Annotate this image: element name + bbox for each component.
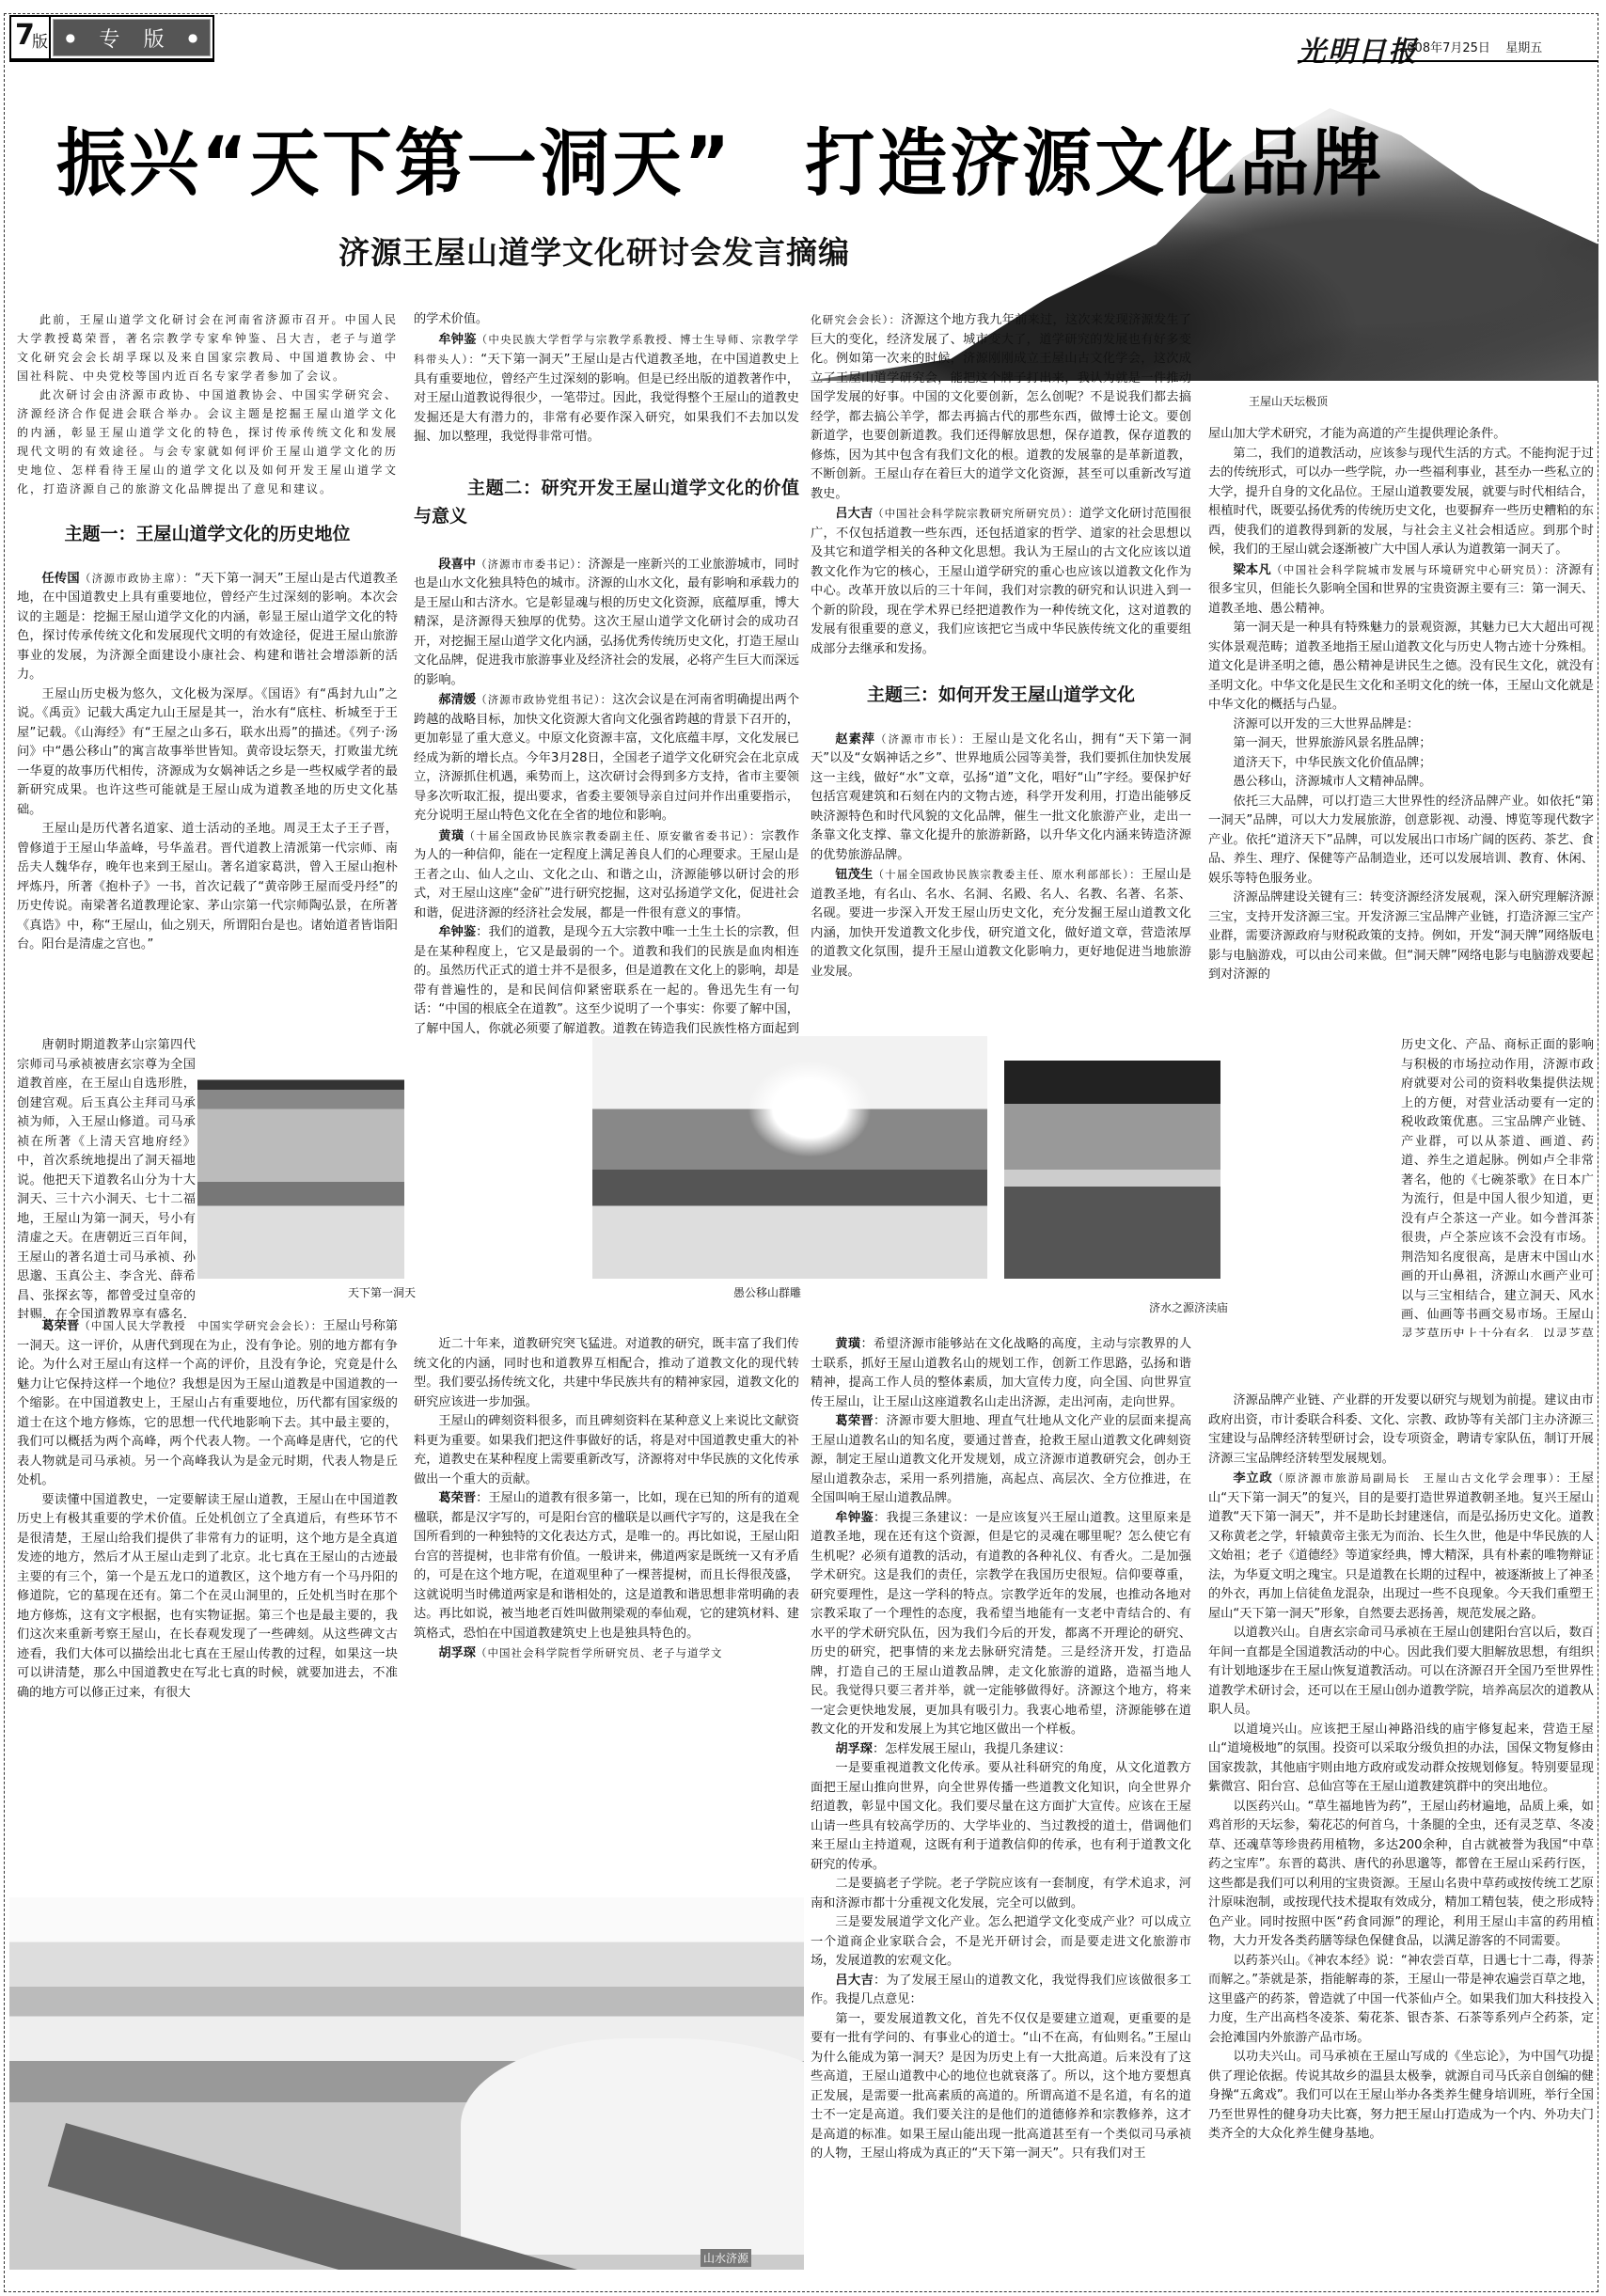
paragraph: 钮茂生（十届全国政协民族宗教委主任、原水利部部长）：王屋山是道教圣地，有名山、名… — [811, 865, 1191, 982]
paragraph: 以药茶兴山。《神农本经》说：“神农尝百草，日遇七十二毒，得荼而解之。”荼就是茶，… — [1208, 1952, 1594, 2049]
paragraph-continued: 历史文化、产品、商标正面的影响与积极的市场拉动作用，济源市政府就要对公司的资料收… — [1401, 1036, 1594, 1337]
speaker-name: 吕大吉 — [835, 507, 873, 521]
paragraph: 一是要重视道教文化传承。要从社科研究的角度，从文化道教方面把王屋山推向世界，向全… — [811, 1759, 1191, 1875]
page-suffix: 版 — [32, 28, 48, 52]
section-banner: ● 专 版 ● — [49, 15, 214, 62]
paragraph: 梁本凡（中国社会科学院城市发展与环境研究中心研究员）：济源有很多宝贝，但能长久影… — [1208, 560, 1594, 620]
paragraph: 以医药兴山。“草生福地皆为药”，王屋山药材遍地，品质上乘，如鸡首形的天坛参，菊花… — [1208, 1798, 1594, 1952]
paragraph: 道济天下，中华民族文化价值品牌； — [1208, 754, 1594, 774]
speaker-role: （济源市政协主席）： — [80, 572, 195, 585]
paragraph: 牟钟鉴（中央民族大学哲学与宗教学系教授、博士生导师、宗教学学科带头人）：“天下第… — [414, 330, 799, 448]
paragraph: 任传国（济源市政协主席）：“天下第一洞天”王屋山是古代道教圣地，在中国道教史上具… — [17, 569, 398, 685]
speaker-role: （十届全国政协民族宗教委副主任、原安徽省委书记）： — [464, 829, 762, 842]
photo-first-grotto-gate — [197, 1036, 404, 1279]
dateline: 2008年7月25日 星期五 — [1399, 38, 1542, 55]
paragraph: 赵素萍（济源市市长）：王屋山是文化名山，拥有“天下第一洞天”以及“女娲神话之乡”… — [811, 730, 1191, 866]
paragraph: 李立政（原济源市旅游局副局长 王屋山古文化学会理事）：王屋山“天下第一洞天”的复… — [1208, 1469, 1594, 1624]
paragraph: 吕大吉：为了发展王屋山的道教文化，我觉得我们应该做很多工作。我提几点意见： — [811, 1972, 1191, 2010]
article-column-2: 的学术价值。 牟钟鉴（中央民族大学哲学与宗教学系教授、博士生导师、宗教学学科带头… — [414, 310, 799, 1034]
speaker-name: 吕大吉 — [835, 1974, 874, 1988]
article-column-1-wrap: 唐朝时期道教茅山宗第四代宗师司马承祯被唐玄宗尊为全国道教首座，在王屋山自选形胜，… — [17, 1036, 196, 1318]
paragraph: 第一，要发展道教文化，首先不仅仅是要建立道观，更重要的是要有一批有学问的、有事业… — [811, 2010, 1191, 2164]
masthead-rule — [1298, 60, 1598, 62]
photo-jidu-temple — [1004, 1036, 1220, 1279]
theme-heading-one: 主题一：王屋山道学文化的历史地位 — [17, 525, 398, 544]
paragraph-continued: 化研究会会长）：济源这个地方我九年前来过，这次来发现济源发生了巨大的变化，经济发… — [811, 310, 1191, 504]
section-label-2: 版 — [144, 24, 165, 53]
paragraph: 牟钟鉴：我们的道教，是现今五大宗教中唯一土生土长的宗教，但是在某种程度上，它又是… — [414, 923, 799, 1034]
issue-date: 2008年7月25日 — [1399, 41, 1490, 55]
lead-paragraph: 此前，王屋山道学文化研讨会在河南省济源市召开。中国人民大学教授葛荣晋，著名宗教学… — [17, 310, 398, 385]
speaker-name: 黄璜 — [835, 1337, 860, 1351]
article-column-4-wrap: 历史文化、产品、商标正面的影响与积极的市场拉动作用，济源市政府就要对公司的资料收… — [1401, 1036, 1594, 1337]
speaker-role: （济源市政协党组书记）： — [476, 693, 612, 706]
speaker-name: 牟钟鉴 — [835, 1511, 874, 1525]
bullet-icon: ● — [66, 31, 75, 44]
paragraph: 葛荣晋：济源市要大胆地、理直气壮地从文化产业的层面来提高王屋山道教名山的知名度，… — [811, 1412, 1191, 1509]
article-column-4: 屋山加大学术研究，才能为高道的产生提供理论条件。 第二，我们的道教活动，应该参与… — [1208, 425, 1594, 1034]
lead-paragraph: 此次研讨会由济源市政协、中国道教协会、中国实学研究会、济源经济合作促进会联合举办… — [17, 385, 398, 498]
caption-gate: 天下第一洞天 — [348, 1284, 416, 1300]
article-column-1-lower: 唐朝时期道教茅山宗第四代宗师司马承祯被唐玄宗尊为全国道教首座，在王屋山自选形胜，… — [17, 1316, 398, 1880]
article-column-1: 此前，王屋山道学文化研讨会在河南省济源市召开。中国人民大学教授葛荣晋，著名宗教学… — [17, 310, 398, 955]
speaker-name: 葛荣晋 — [41, 1319, 79, 1333]
paragraph: 济源品牌建设关键有三：转变济源经济发展观，深入研究理解济源三宝，支持开发济源三宝… — [1208, 889, 1594, 985]
paragraph: 依托三大品牌，可以打造三大世界性的经济品牌产业。如依托“第一洞天”品牌，可以大力… — [1208, 793, 1594, 889]
paragraph: 三是要发展道学文化产业。怎么把道学文化变成产业？可以成立一个道商企业家联合会，不… — [811, 1913, 1191, 1972]
paragraph: 胡孚琛（中国社会科学院哲学所研究员、老子与道学文 — [414, 1643, 799, 1664]
article-column-2-lower: 近二十年来，道教研究突飞猛进。对道教的研究，既丰富了我们传统文化的内涵，同时也和… — [414, 1335, 799, 1890]
speaker-name: 钮茂生 — [835, 868, 873, 882]
speaker-name: 梁本凡 — [1233, 563, 1271, 577]
speaker-name: 郝清媛 — [438, 693, 476, 707]
paragraph: 以道教兴山。自唐玄宗命司马承祯在王屋山创建阳台宫以后，数百年间一直都是全国道教活… — [1208, 1624, 1594, 1721]
speaker-name: 葛荣晋 — [835, 1414, 874, 1428]
paragraph: 唐朝时期道教茅山宗第四代宗师司马承祯被唐玄宗尊为全国道教首座，在王屋山自选形胜，… — [17, 1036, 196, 1318]
speaker-role: （原济源市旅游局副局长 王屋山古文化学会理事）： — [1272, 1471, 1567, 1485]
caption-pavilion: 济水之源济渎庙 — [1149, 1299, 1228, 1315]
photo-yugong-statues — [592, 1036, 987, 1279]
article-column-3-lower: 黄璜：希望济源市能够站在文化战略的高度，主动与宗教界的人士联系，抓好王屋山道教名… — [811, 1335, 1191, 2275]
speaker-role: （中国社会科学院宗教研究所研究员）： — [873, 507, 1079, 520]
speaker-name: 胡孚琛 — [835, 1742, 873, 1756]
theme-heading-two: 主题二：研究开发王屋山道学文化的价值与意义 — [414, 474, 799, 530]
paragraph: 胡孚琛：怎样发展王屋山，我提几条建议： — [811, 1740, 1191, 1760]
section-label-1: 专 — [99, 24, 119, 53]
paragraph: 济源可以开发的三大世界品牌是： — [1208, 716, 1594, 735]
paragraph: 王屋山历史极为悠久，文化极为深厚。《国语》有“禹封九山”之说。《禹贡》记载大禹定… — [17, 685, 398, 821]
section-label: ● 专 版 ● — [53, 19, 211, 56]
paragraph: 王屋山是历代著名道家、道士活动的圣地。周灵王太子王子晋，曾修道于王屋山华盖峰，号… — [17, 820, 398, 955]
paragraph: 黄璜：希望济源市能够站在文化战略的高度，主动与宗教界的人士联系，抓好王屋山道教名… — [811, 1335, 1191, 1412]
paragraph: 第二，我们的道教活动，应该参与现代生活的方式。不能拘泥于过去的传统形式，可以办一… — [1208, 445, 1594, 560]
paragraph: 济源品牌产业链、产业群的开发要以研究与规划为前提。建议由市政府出资，市计委联合科… — [1208, 1392, 1594, 1469]
headline: 振兴“天下第一洞天” 打造济源文化品牌 — [56, 105, 1384, 210]
paragraph: 牟钟鉴：我提三条建议：一是应该复兴王屋山道教。这里原来是道教圣地，现在还有这个资… — [811, 1509, 1191, 1740]
speaker-name: 赵素萍 — [835, 732, 875, 747]
theme-heading-three: 主题三：如何开发王屋山道学文化 — [811, 685, 1191, 705]
paragraph: 愚公移山，济源城市人文精神品牌。 — [1208, 773, 1594, 793]
speaker-name: 段喜中 — [438, 558, 476, 572]
issue-weekday: 星期五 — [1505, 41, 1542, 55]
speaker-role: （济源市市委书记）： — [476, 558, 588, 571]
paragraph: 以功夫兴山。司马承祯在王屋山写成的《坐忘论》，为中国气功提供了理论依据。传说其故… — [1208, 2048, 1594, 2145]
speaker-role: （中国社会科学院城市发展与环境研究中心研究员）： — [1271, 563, 1556, 576]
speaker-role: （济源市市长）： — [875, 732, 971, 746]
paragraph-continued: 屋山加大学术研究，才能为高道的产生提供理论条件。 — [1208, 425, 1594, 445]
paragraph: 葛荣晋（中国人民大学教授 中国实学研究会会长）：王屋山号称第一洞天。这一评价，从… — [17, 1316, 398, 1491]
paragraph: 段喜中（济源市市委书记）：济源是一座新兴的工业旅游城市，同时也是山水文化独具特色… — [414, 555, 799, 691]
paragraph: 第一洞天是一种具有特殊魅力的景观资源，其魅力已大大超出可视实体景观范畴；道教圣地… — [1208, 619, 1594, 716]
caption-city: 山水济源 — [701, 2249, 751, 2267]
bullet-icon: ● — [188, 31, 197, 44]
paragraph: 吕大吉（中国社会科学院宗教研究所研究员）：道学文化研讨范围很广，不仅包括道教一些… — [811, 504, 1191, 659]
paragraph: 近二十年来，道教研究突飞猛进。对道教的研究，既丰富了我们传统文化的内涵，同时也和… — [414, 1335, 799, 1412]
paragraph: 葛荣晋：王屋山的道教有很多第一，比如，现在已知的所有的道观楹联，都是汉字写的，可… — [414, 1489, 799, 1643]
article-column-4-lower: 济源品牌产业链、产业群的开发要以研究与规划为前提。建议由市政府出资，市计委联合科… — [1208, 1392, 1594, 2275]
page-number-box: 7 版 — [9, 15, 51, 62]
paragraph-continued: 的学术价值。 — [414, 310, 799, 330]
speaker-name: 任传国 — [41, 572, 79, 586]
speaker-role: （十届全国政协民族宗教委主任、原水利部部长）： — [873, 868, 1141, 881]
paragraph: 王屋山的碑刻资料很多，而且碑刻资料在某种意义上来说比文献资料更为重要。如果我们把… — [414, 1412, 799, 1489]
speaker-name: 黄璜 — [438, 829, 464, 843]
article-column-3: 化研究会会长）：济源这个地方我九年前来过，这次来发现济源发生了巨大的变化，经济发… — [811, 310, 1191, 1034]
caption-mountain: 王屋山天坛极顶 — [1249, 393, 1328, 409]
speaker-role: （中国人民大学教授 中国实学研究会会长）： — [79, 1319, 323, 1332]
speaker-name: 牟钟鉴 — [438, 925, 476, 939]
speaker-name: 李立政 — [1233, 1471, 1272, 1486]
speaker-name: 胡孚琛 — [438, 1646, 476, 1660]
paragraph: 第一洞天，世界旅游风景名胜品牌； — [1208, 734, 1594, 754]
paragraph: 要读懂中国道教史，一定要解读王屋山道教，王屋山在中国道教历史上有极其重要的学术价… — [17, 1491, 398, 1704]
paragraph: 郝清媛（济源市政协党组书记）：这次会议是在河南省明确提出两个跨越的战略目标，加快… — [414, 690, 799, 826]
speaker-role: （中国社会科学院哲学所研究员、老子与道学文 — [476, 1646, 723, 1659]
paragraph: 以道境兴山。应该把王屋山神路沿线的庙宇修复起来，营造王屋山“道境极地”的氛围。投… — [1208, 1721, 1594, 1798]
speaker-name: 葛荣晋 — [438, 1491, 476, 1505]
speaker-name: 牟钟鉴 — [438, 333, 476, 347]
subheadline: 济源王屋山道学文化研讨会发言摘编 — [339, 228, 850, 273]
photo-jiyuan-cityscape — [9, 1897, 804, 2270]
caption-statue: 愚公移山群雕 — [733, 1284, 801, 1300]
paragraph: 黄璜（十届全国政协民族宗教委副主任、原安徽省委书记）：宗教作为人的一种信仰，能在… — [414, 826, 799, 924]
paragraph: 二是要搞老子学院。老子学院应该有一套制度，有学术追求，河南和济源市都十分重视文化… — [811, 1875, 1191, 1913]
